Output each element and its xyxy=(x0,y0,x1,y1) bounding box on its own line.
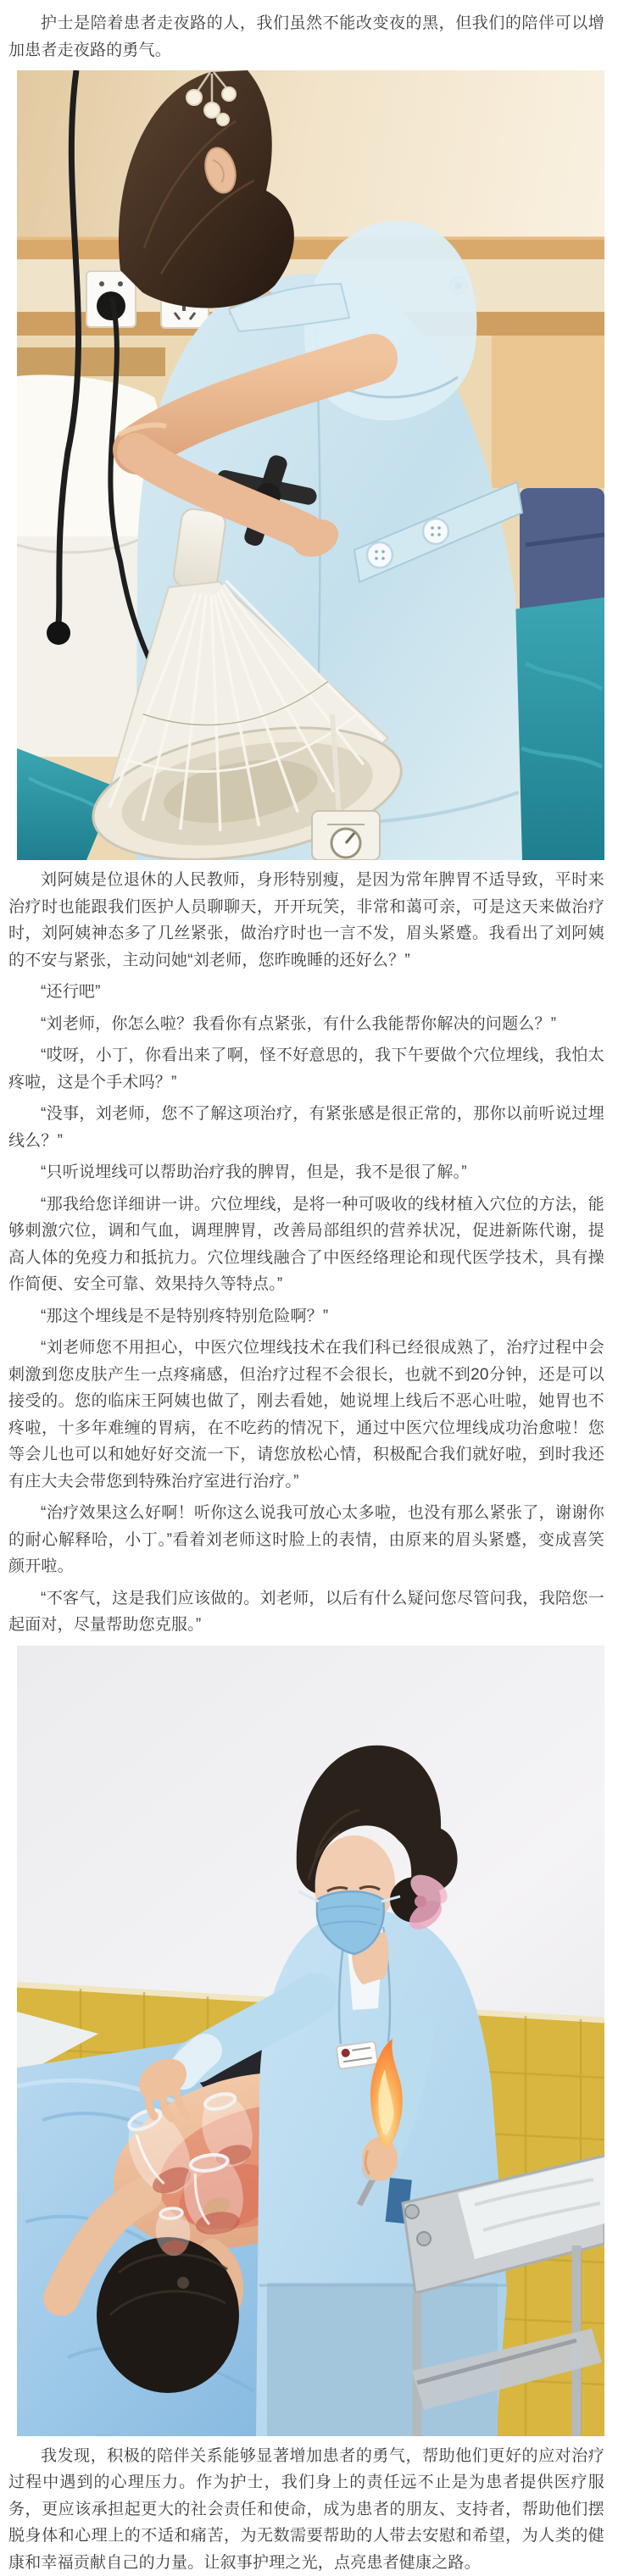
heat-lamp-illustration xyxy=(17,70,604,860)
bedside-chair xyxy=(520,488,604,615)
article-page: 护士是陪着患者走夜路的人，我们虽然不能改变夜的黑，但我们的陪伴可以增加患者走夜路… xyxy=(0,0,618,2576)
dialogue-line: “不客气，这是我们应该做的。刘老师，以后有什么疑问您尽管问我，我陪您一起面对，尽… xyxy=(8,1585,604,1639)
dialogue-line: “刘老师您不用担心，中医穴位埋线技术在我们科已经很成熟了，治疗过程中会刺激到您皮… xyxy=(8,1335,604,1495)
conclusion-paragraph: 我发现，积极的陪伴关系能够显著增加患者的勇气，帮助他们更好的应对治疗过程中遇到的… xyxy=(8,2443,604,2576)
cable-connector xyxy=(47,621,70,645)
story-paragraph: 刘阿姨是位退休的人民教师，身形特别瘦，是因为常年脾胃不适导致，平时来治疗时也能跟… xyxy=(8,867,604,974)
dialogue-line: “哎呀，小丁，你看出来了啊，怪不好意思的，我下午要做个穴位埋线，我怕太疼啦，这是… xyxy=(8,1042,604,1096)
dialogue-line: “治疗效果这么好啊！听你这么说我可放心太多啦，也没有那么紧张了，谢谢你的耐心解释… xyxy=(8,1500,604,1580)
teal-bed-sheet xyxy=(514,597,604,860)
dialogue-line: “没事，刘老师，您不了解这项治疗，有紧张感是很正常的，那你以前听说过埋线么？” xyxy=(8,1101,604,1154)
dialogue-line: “那这个埋线是不是特别疼特别危险啊？” xyxy=(8,1303,604,1330)
photo-cupping-therapy xyxy=(17,1646,604,2436)
cupping-therapy-illustration xyxy=(17,1646,604,2436)
nurse2-fist xyxy=(362,2137,398,2181)
dialogue-line: “那我给您详细讲一讲。穴位埋线，是将一种可吸收的线材植入穴位的方法，能够刺激穴位… xyxy=(8,1191,604,1298)
name-badge xyxy=(337,2040,378,2068)
intro-paragraph: 护士是陪着患者走夜路的人，我们虽然不能改变夜的黑，但我们的陪伴可以增加患者走夜路… xyxy=(8,10,604,64)
dialogue-line: “刘老师，你怎么啦？我看你有点紧张，有什么我能帮你解决的问题么？” xyxy=(8,1011,604,1038)
photo-nurse-heat-lamp xyxy=(17,70,604,860)
dialogue-line: “只听说埋线可以帮助治疗我的脾胃，但是，我不是很了解。” xyxy=(8,1159,604,1186)
dialogue-line: “还行吧” xyxy=(8,979,604,1006)
patient-head-hair xyxy=(97,2237,239,2393)
